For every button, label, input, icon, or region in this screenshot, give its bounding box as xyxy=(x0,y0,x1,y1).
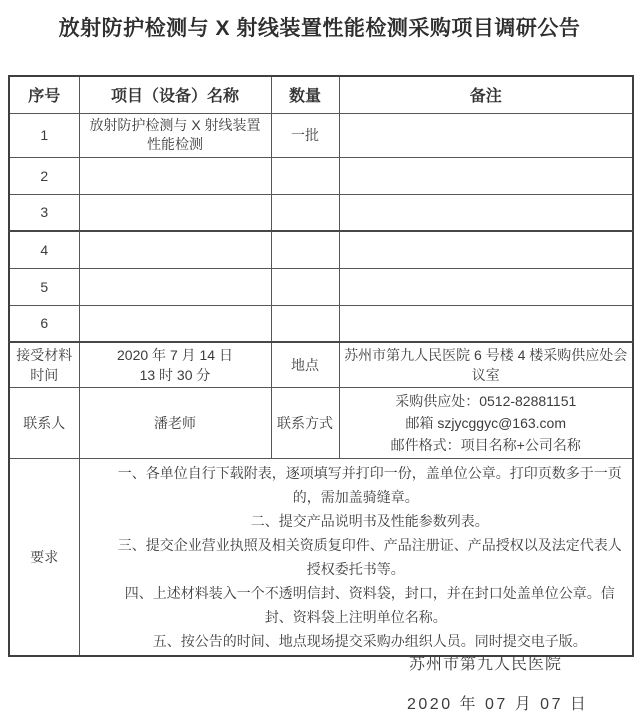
header-qty: 数量 xyxy=(271,76,339,113)
material-time-line2: 13 时 30 分 xyxy=(84,365,267,385)
cell-name: 放射防护检测与 X 射线装置性能检测 xyxy=(79,113,271,157)
requirements-content: 一、各单位自行下载附表，逐项填写并打印一份，盖单位公章。打印页数多于一页的，需加… xyxy=(79,459,633,657)
cell-no: 5 xyxy=(9,268,79,305)
table-row: 5 xyxy=(9,268,633,305)
cell-no: 6 xyxy=(9,305,79,342)
footer-organization: 苏州市第九人民医院 xyxy=(409,651,562,674)
table-row: 4 xyxy=(9,231,633,268)
cell-qty xyxy=(271,231,339,268)
cell-note xyxy=(339,157,633,194)
requirement-item-2: 二、提交产品说明书及性能参数列表。 xyxy=(84,509,629,533)
cell-note xyxy=(339,268,633,305)
cell-no: 3 xyxy=(9,194,79,231)
location-value: 苏州市第九人民医院 6 号楼 4 楼采购供应处会议室 xyxy=(339,342,633,388)
cell-name xyxy=(79,268,271,305)
table-row: 1 放射防护检测与 X 射线装置性能检测 一批 xyxy=(9,113,633,157)
table-row: 2 xyxy=(9,157,633,194)
cell-note xyxy=(339,231,633,268)
location-label: 地点 xyxy=(271,342,339,388)
footer-date: 2020 年 07 月 07 日 xyxy=(407,691,588,714)
cell-qty xyxy=(271,305,339,342)
page-title: 放射防护检测与 X 射线装置性能检测采购项目调研公告 xyxy=(0,0,639,42)
requirements-label: 要求 xyxy=(9,459,79,657)
requirement-item-1: 一、各单位自行下载附表，逐项填写并打印一份，盖单位公章。打印页数多于一页的，需加… xyxy=(84,461,629,509)
contact-phone: 采购供应处：0512-82881151 xyxy=(344,390,629,412)
contact-name: 潘老师 xyxy=(79,388,271,459)
contact-label: 联系人 xyxy=(9,388,79,459)
cell-name xyxy=(79,157,271,194)
procurement-table: 序号 项目（设备）名称 数量 备注 1 放射防护检测与 X 射线装置性能检测 一… xyxy=(8,75,634,657)
cell-no: 1 xyxy=(9,113,79,157)
table-header-row: 序号 项目（设备）名称 数量 备注 xyxy=(9,76,633,113)
material-time-value: 2020 年 7 月 14 日 13 时 30 分 xyxy=(79,342,271,388)
table-row: 6 xyxy=(9,305,633,342)
material-time-row: 接受材料时间 2020 年 7 月 14 日 13 时 30 分 地点 苏州市第… xyxy=(9,342,633,388)
contact-row: 联系人 潘老师 联系方式 采购供应处：0512-82881151 邮箱 szjy… xyxy=(9,388,633,459)
cell-qty xyxy=(271,157,339,194)
cell-qty xyxy=(271,268,339,305)
contact-method-label: 联系方式 xyxy=(271,388,339,459)
cell-no: 4 xyxy=(9,231,79,268)
requirements-row: 要求 一、各单位自行下载附表，逐项填写并打印一份，盖单位公章。打印页数多于一页的… xyxy=(9,459,633,657)
cell-note xyxy=(339,113,633,157)
cell-qty: 一批 xyxy=(271,113,339,157)
header-no: 序号 xyxy=(9,76,79,113)
material-time-label: 接受材料时间 xyxy=(9,342,79,388)
contact-email: 邮箱 szjycggyc@163.com xyxy=(344,412,629,434)
announcement-document: 放射防护检测与 X 射线装置性能检测采购项目调研公告 序号 项目（设备）名称 数… xyxy=(0,0,639,719)
cell-qty xyxy=(271,194,339,231)
requirement-item-4: 四、上述材料装入一个不透明信封、资料袋，封口，并在封口处盖单位公章。信封、资料袋… xyxy=(84,581,629,629)
cell-name xyxy=(79,231,271,268)
material-time-line1: 2020 年 7 月 14 日 xyxy=(84,345,267,365)
header-name: 项目（设备）名称 xyxy=(79,76,271,113)
cell-note xyxy=(339,305,633,342)
contact-method-value: 采购供应处：0512-82881151 邮箱 szjycggyc@163.com… xyxy=(339,388,633,459)
cell-note xyxy=(339,194,633,231)
table-row: 3 xyxy=(9,194,633,231)
requirement-item-3: 三、提交企业营业执照及相关资质复印件、产品注册证、产品授权以及法定代表人授权委托… xyxy=(84,533,629,581)
header-note: 备注 xyxy=(339,76,633,113)
cell-no: 2 xyxy=(9,157,79,194)
requirement-item-5: 五、按公告的时间、地点现场提交采购办组织人员。同时提交电子版。 xyxy=(84,629,629,653)
cell-name xyxy=(79,194,271,231)
cell-name xyxy=(79,305,271,342)
contact-email-format: 邮件格式：项目名称+公司名称 xyxy=(344,434,629,456)
